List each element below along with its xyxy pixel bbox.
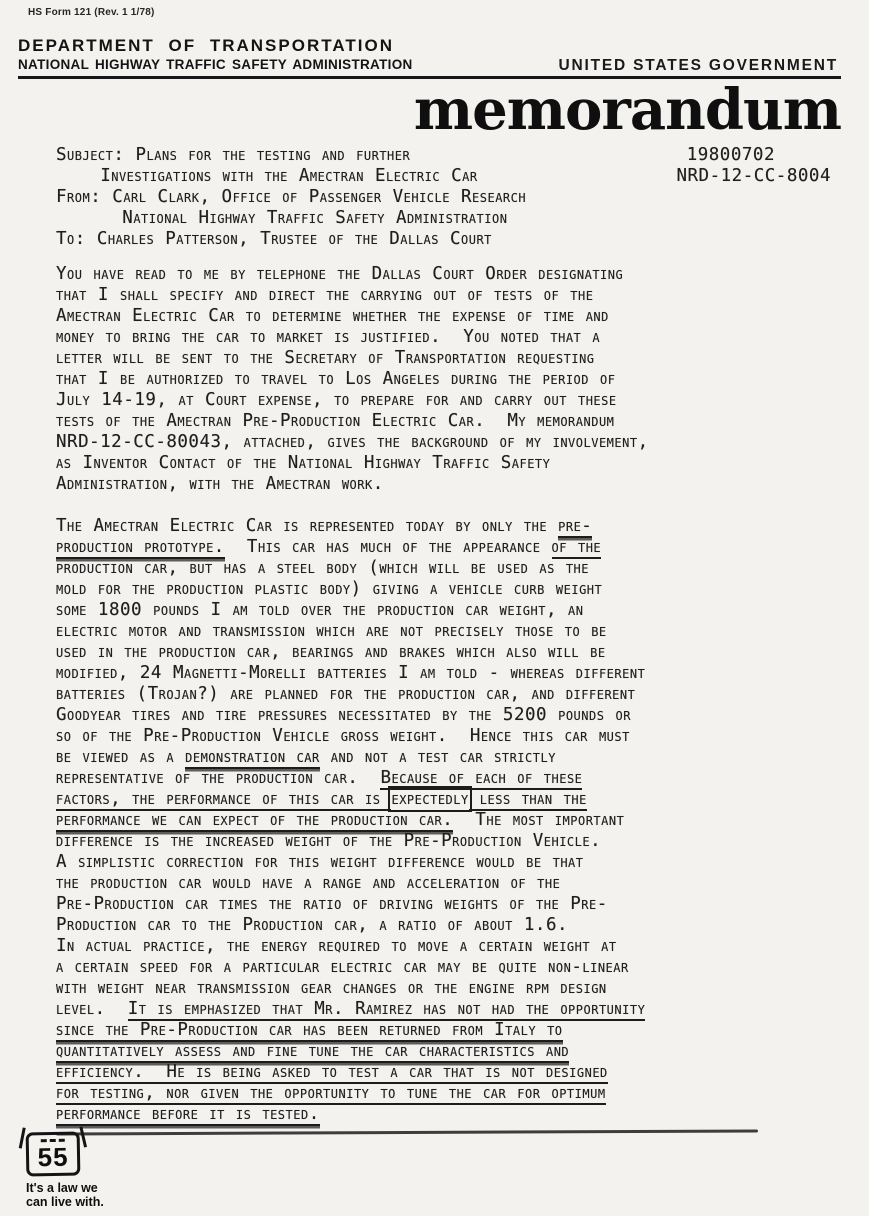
memo-text: production car, but has a steel body (wh…: [56, 558, 589, 578]
memo-text-line: letter will be sent to the Secretary of …: [56, 348, 758, 369]
memo-text: The most important: [453, 810, 624, 830]
sign-left-stroke: [19, 1127, 26, 1148]
pen-annotated-text: production prototype.: [56, 537, 225, 559]
memo-text-line: performance before it is tested.: [56, 1104, 758, 1125]
memo-text-line: be viewed as a demonstration car and not…: [56, 747, 758, 768]
memo-text-line: that I be authorized to travel to Los An…: [56, 369, 758, 390]
memo-text-line: Amectran Electric Car to determine wheth…: [56, 306, 758, 327]
pen-annotated-text: less than the: [469, 789, 587, 811]
memo-reference-number: NRD-12-CC-8004: [676, 166, 831, 187]
memo-text-line: with weight near transmission gear chang…: [56, 978, 758, 999]
memo-text-line: July 14-19, at Court expense, to prepare…: [56, 390, 758, 411]
memo-text-line: You have read to me by telephone the Dal…: [56, 264, 758, 285]
memo-text: so of the Pre-Production Vehicle gross w…: [56, 726, 630, 746]
memo-text: Production car to the Production car, a …: [56, 915, 568, 935]
memo-text: and not a test car strictly: [320, 747, 556, 767]
pen-annotated-text: since the Pre-Production car has been re…: [56, 1020, 563, 1042]
memo-text: NRD-12-CC-80043, attached, gives the bac…: [56, 432, 649, 452]
pen-stroke: [56, 1129, 758, 1135]
pen-annotated-text: pre-: [558, 516, 592, 538]
memo-text: electric motor and transmission which ar…: [56, 621, 607, 641]
sign-slogan-line2: can live with.: [26, 1195, 116, 1209]
memo-text: representative of the production car.: [56, 768, 380, 788]
memo-text-line: modified, 24 Magnetti-Morelli batteries …: [56, 663, 758, 684]
memo-text-line: used in the production car, bearings and…: [56, 642, 758, 663]
memo-text: be viewed as a: [56, 747, 185, 767]
memo-text-line: representative of the production car. Be…: [56, 768, 758, 789]
memo-text: money to bring the car to market is just…: [56, 327, 600, 347]
memo-text: that I shall specify and direct the carr…: [56, 285, 593, 305]
sign-slogan-line1: It's a law we: [26, 1181, 116, 1195]
memo-header-block: Subject: Plans for the testing and furth…: [56, 145, 526, 250]
memo-text-line: money to bring the car to market is just…: [56, 327, 758, 348]
memo-text: In actual practice, the energy required …: [56, 936, 617, 956]
memo-text-line: tests of the Amectran Pre-Production Ele…: [56, 411, 758, 432]
memo-text: with weight near transmission gear chang…: [56, 978, 607, 998]
memo-text-line: production prototype. This car has much …: [56, 537, 758, 558]
memo-text: letter will be sent to the Secretary of …: [56, 348, 595, 368]
memo-text: Administration, with the Amectran work.: [56, 474, 384, 494]
department-title: DEPARTMENT OF TRANSPORTATION: [18, 36, 394, 56]
memo-head-line: Investigations with the Amectran Electri…: [56, 166, 526, 187]
memo-text-line: so of the Pre-Production Vehicle gross w…: [56, 726, 758, 747]
memo-text: The Amectran Electric Car is represented…: [56, 516, 558, 536]
pen-annotated-text: performance before it is tested.: [56, 1104, 320, 1126]
memo-text-line: efficiency. He is being asked to test a …: [56, 1062, 758, 1083]
pen-annotated-text: Because of each of these: [380, 768, 582, 790]
memo-text-line: Administration, with the Amectran work.: [56, 474, 758, 495]
memo-text-line: electric motor and transmission which ar…: [56, 621, 758, 642]
memo-text-line: mold for the production plastic body) gi…: [56, 579, 758, 600]
memo-text-line: the production car would have a range an…: [56, 873, 758, 894]
memo-text: that I be authorized to travel to Los An…: [56, 369, 616, 389]
pen-annotated-text: of the: [552, 537, 602, 559]
memo-text: level.: [56, 999, 128, 1019]
memo-text: tests of the Amectran Pre-Production Ele…: [56, 411, 614, 431]
sign-slogan: It's a law we can live with.: [26, 1181, 116, 1209]
memo-date: 19800702: [687, 145, 775, 166]
memo-page: HS Form 121 (Rev. 1 1/78) DEPARTMENT OF …: [0, 0, 869, 1216]
memo-text-line: performance we can expect of the product…: [56, 810, 758, 831]
government-label: UNITED STATES GOVERNMENT: [559, 57, 838, 75]
memo-text-line: level. It is emphasized that Mr. Ramirez…: [56, 999, 758, 1020]
memo-paragraph: The Amectran Electric Car is represented…: [56, 516, 758, 1125]
pen-annotated-text: performance we can expect of the product…: [56, 810, 453, 832]
memo-text-line: In actual practice, the energy required …: [56, 936, 758, 957]
memo-text-line: Pre-Production car times the ratio of dr…: [56, 894, 758, 915]
memo-text: batteries (Trojan?) are planned for the …: [56, 684, 635, 704]
memo-text: difference is the increased weight of th…: [56, 831, 601, 851]
pen-annotated-text: It is emphasized that Mr. Ramirez has no…: [128, 999, 646, 1021]
memo-text-line: production car, but has a steel body (wh…: [56, 558, 758, 579]
memo-text-line: Goodyear tires and tire pressures necess…: [56, 705, 758, 726]
memo-text: Pre-Production car times the ratio of dr…: [56, 894, 608, 914]
memo-head-line: National Highway Traffic Safety Administ…: [56, 208, 526, 229]
memo-text-line: a certain speed for a particular electri…: [56, 957, 758, 978]
memo-text-line: quantitatively assess and fine tune the …: [56, 1041, 758, 1062]
memo-text: modified, 24 Magnetti-Morelli batteries …: [56, 663, 645, 683]
sign-number: 55: [37, 1143, 68, 1170]
memo-text-line: as Inventor Contact of the National High…: [56, 453, 758, 474]
pen-annotated-text: expectedly: [391, 789, 468, 809]
memo-text-line: some 1800 pounds I am told over the prod…: [56, 600, 758, 621]
memo-text: Goodyear tires and tire pressures necess…: [56, 705, 631, 725]
agency-title: NATIONAL HIGHWAY TRAFFIC SAFETY ADMINIST…: [18, 57, 413, 72]
memo-text-line: for testing, nor given the opportunity t…: [56, 1083, 758, 1104]
memo-head-line: From: Carl Clark, Office of Passenger Ve…: [56, 187, 526, 208]
memo-paragraph: You have read to me by telephone the Dal…: [56, 264, 758, 495]
memo-text: the production car would have a range an…: [56, 873, 560, 893]
memo-text-line: since the Pre-Production car has been re…: [56, 1020, 758, 1041]
memo-text: Amectran Electric Car to determine wheth…: [56, 306, 609, 326]
memo-text: mold for the production plastic body) gi…: [56, 579, 602, 599]
memo-head-line: To: Charles Patterson, Trustee of the Da…: [56, 229, 526, 250]
form-number: HS Form 121 (Rev. 1 1/78): [28, 7, 155, 18]
pen-annotated-text: efficiency. He is being asked to test a …: [56, 1062, 608, 1084]
memo-text-line: factors, the performance of this car is …: [56, 789, 758, 810]
memo-head-line: Subject: Plans for the testing and furth…: [56, 145, 526, 166]
memo-body: You have read to me by telephone the Dal…: [56, 264, 758, 1134]
memo-text: some 1800 pounds I am told over the prod…: [56, 600, 584, 620]
memo-text: July 14-19, at Court expense, to prepare…: [56, 390, 617, 410]
memo-text-line: The Amectran Electric Car is represented…: [56, 516, 758, 537]
pen-annotated-text: factors, the performance of this car is: [56, 789, 391, 811]
doc-type-title: memorandum: [414, 82, 841, 138]
memo-text: A simplistic correction for this weight …: [56, 852, 584, 872]
pen-annotated-text: quantitatively assess and fine tune the …: [56, 1041, 569, 1063]
memo-text-line: that I shall specify and direct the carr…: [56, 285, 758, 306]
memo-text-line: A simplistic correction for this weight …: [56, 852, 758, 873]
memo-text-line: NRD-12-CC-80043, attached, gives the bac…: [56, 432, 758, 453]
memo-text: You have read to me by telephone the Dal…: [56, 264, 623, 284]
memo-text: This car has much of the appearance: [225, 537, 552, 557]
pen-annotated-text: demonstration car: [185, 747, 320, 769]
memo-text: as Inventor Contact of the National High…: [56, 453, 550, 473]
memo-text-line: Production car to the Production car, a …: [56, 915, 758, 936]
pen-annotated-text: for testing, nor given the opportunity t…: [56, 1083, 606, 1105]
memo-text: a certain speed for a particular electri…: [56, 957, 629, 977]
speed-limit-55-sign-icon: 55: [26, 1132, 81, 1177]
memo-text: used in the production car, bearings and…: [56, 642, 606, 662]
speed-limit-55-logo: 55 It's a law we can live with.: [26, 1132, 116, 1209]
memo-text-line: difference is the increased weight of th…: [56, 831, 758, 852]
memo-text-line: batteries (Trojan?) are planned for the …: [56, 684, 758, 705]
